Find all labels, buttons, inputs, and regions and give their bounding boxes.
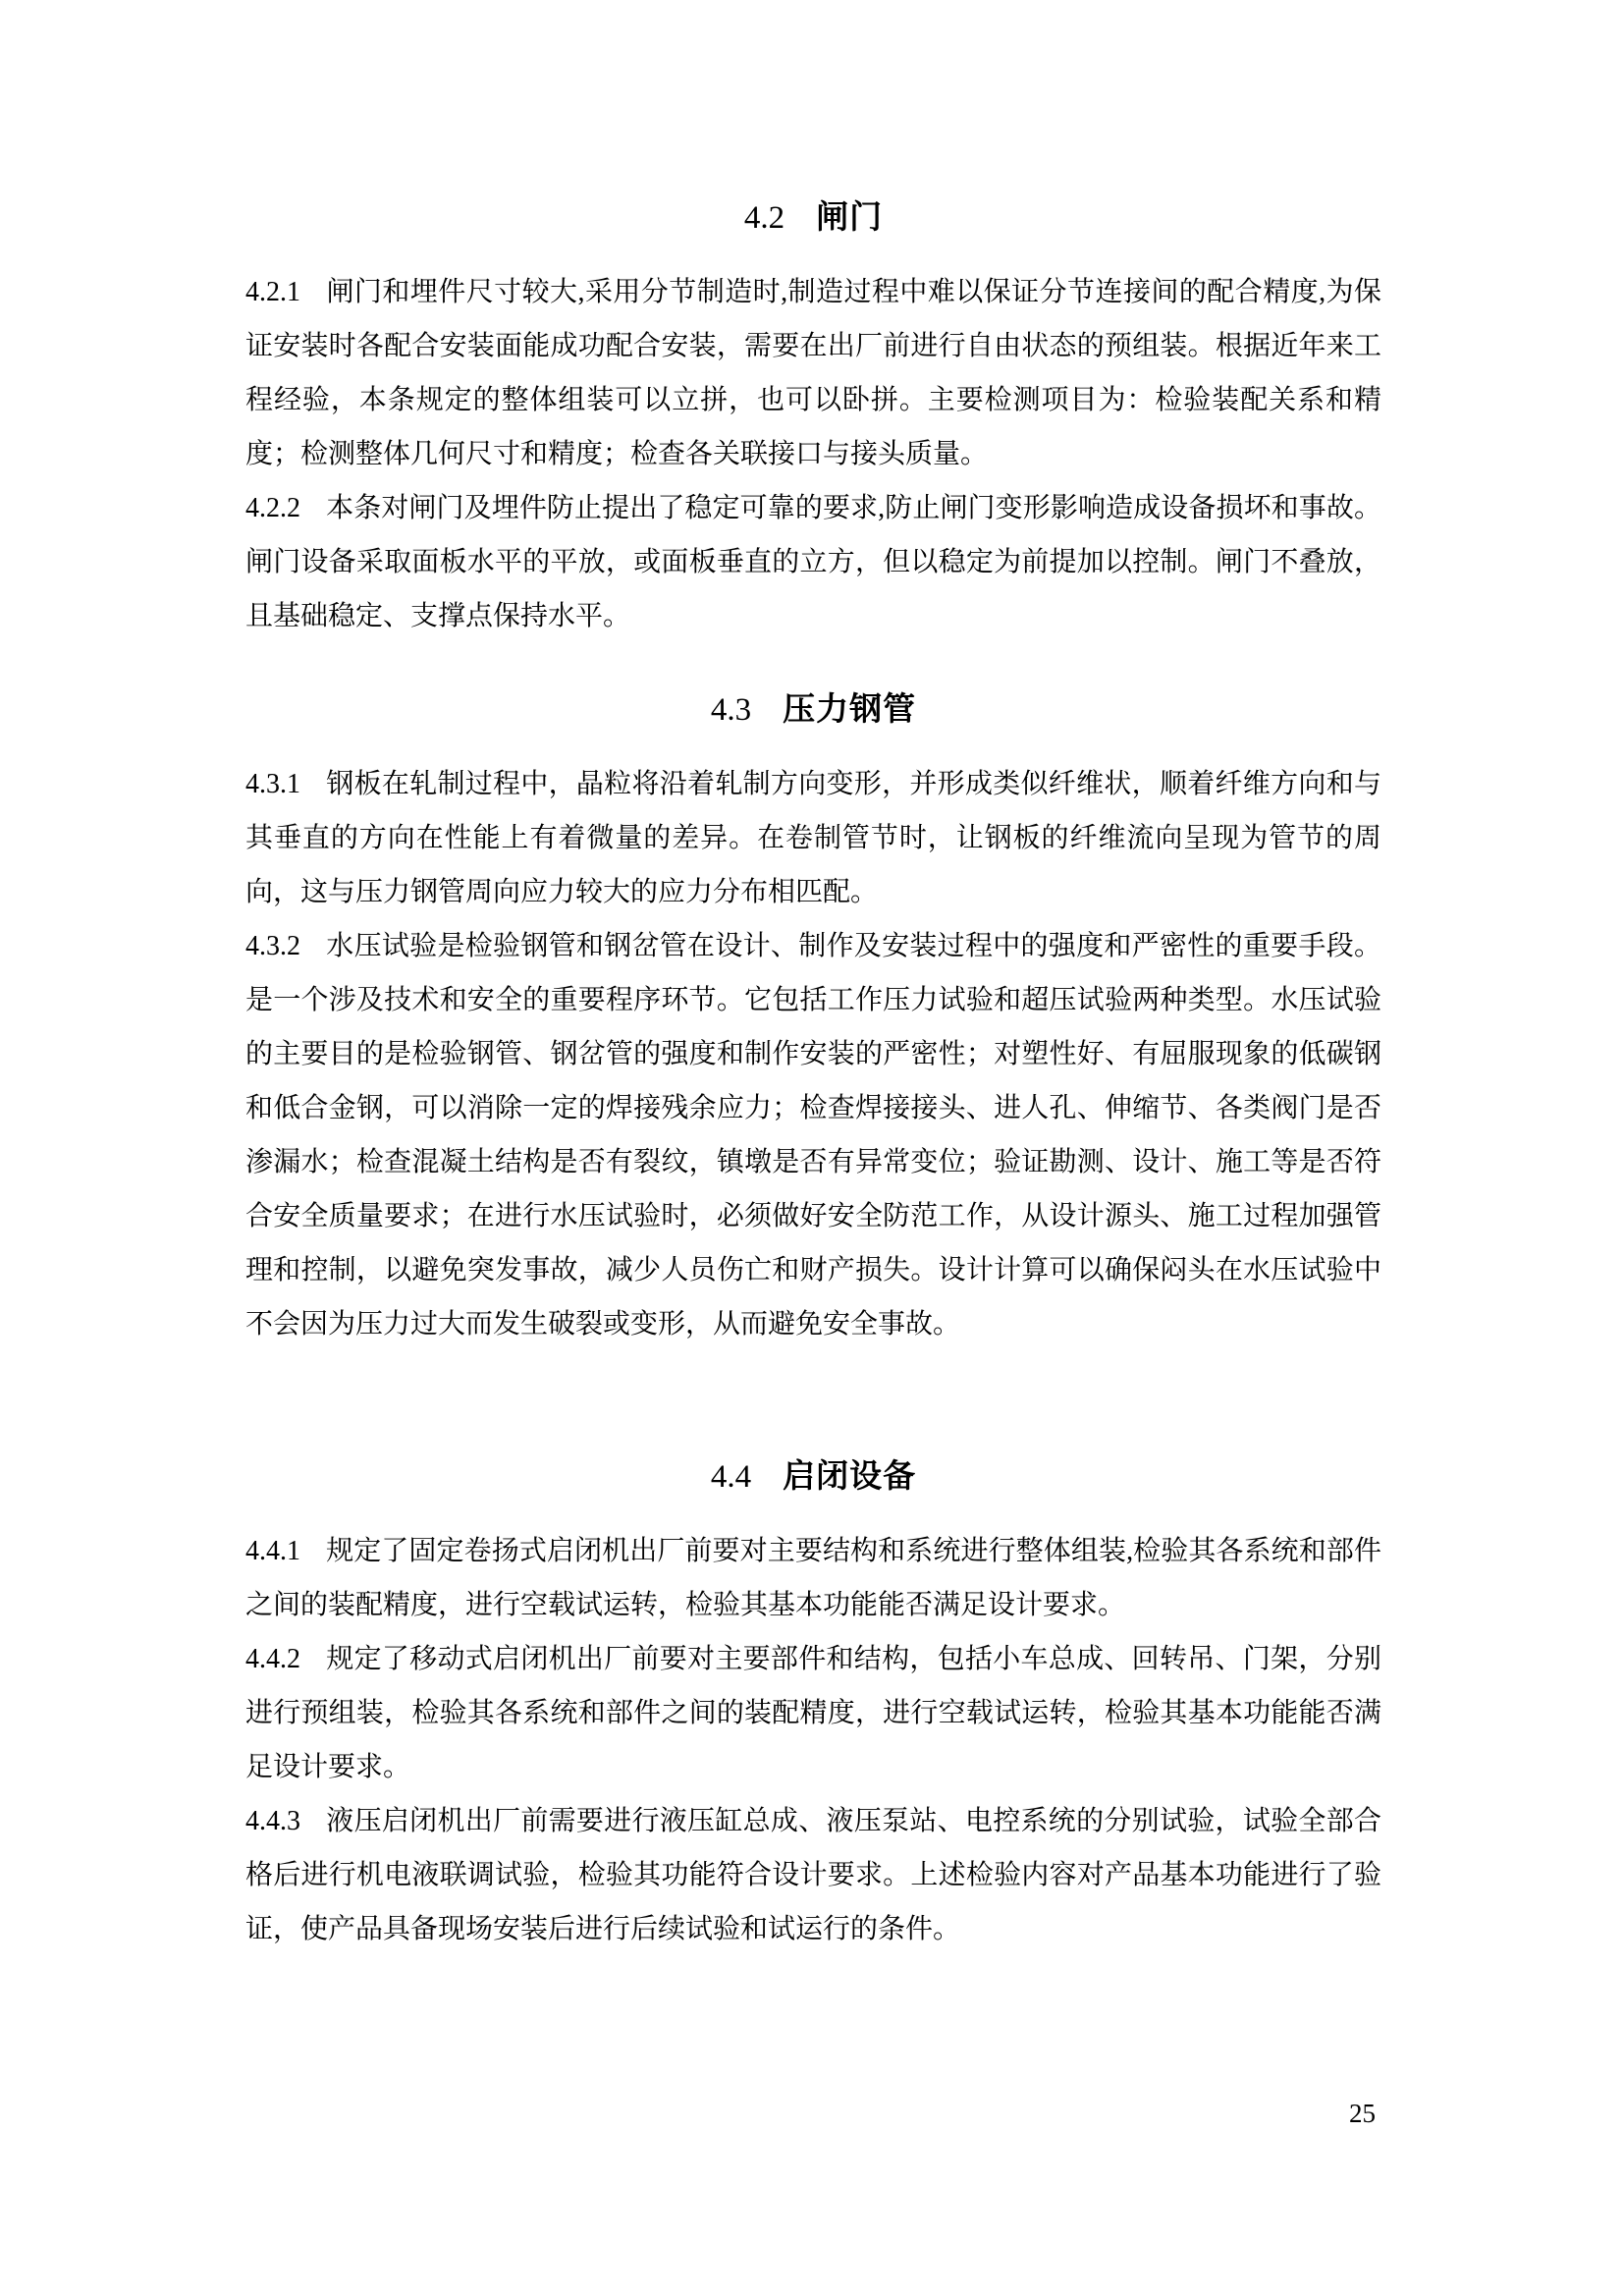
clause-4-4-1: 4.4.1规定了固定卷扬式启闭机出厂前要对主要结构和系统进行整体组装,检验其各系… <box>245 1524 1381 1632</box>
clause-4-4-1-number: 4.4.1 <box>245 1536 300 1566</box>
section-hoisting-equipment-heading: 4.4启闭设备 <box>245 1455 1381 1498</box>
clause-4-2-1-number: 4.2.1 <box>245 277 300 307</box>
clause-4-4-3-number: 4.4.3 <box>245 1806 300 1836</box>
clause-4-3-1-number: 4.3.1 <box>245 769 300 799</box>
section-hoisting-equipment-title: 启闭设备 <box>783 1457 916 1494</box>
clause-4-2-1-text: 闸门和埋件尺寸较大,采用分节制造时,制造过程中难以保证分节连接间的配合精度,为保… <box>245 277 1381 469</box>
page-number: 25 <box>1349 2098 1376 2129</box>
section-hoisting-equipment: 4.4启闭设备 4.4.1规定了固定卷扬式启闭机出厂前要对主要结构和系统进行整体… <box>245 1455 1381 1956</box>
clause-4-3-2: 4.3.2水压试验是检验钢管和钢岔管在设计、制作及安装过程中的强度和严密性的重要… <box>245 919 1381 1351</box>
clause-4-3-1: 4.3.1钢板在轧制过程中，晶粒将沿着轧制方向变形，并形成类似纤维状，顺着纤维方… <box>245 757 1381 919</box>
section-penstocks-heading: 4.3压力钢管 <box>245 688 1381 731</box>
clause-4-4-1-text: 规定了固定卷扬式启闭机出厂前要对主要结构和系统进行整体组装,检验其各系统和部件之… <box>245 1536 1381 1620</box>
clause-4-3-1-text: 钢板在轧制过程中，晶粒将沿着轧制方向变形，并形成类似纤维状，顺着纤维方向和与其垂… <box>245 769 1381 907</box>
clause-4-4-2-text: 规定了移动式启闭机出厂前要对主要部件和结构，包括小车总成、回转吊、门架，分别进行… <box>245 1644 1381 1782</box>
clause-4-4-2: 4.4.2规定了移动式启闭机出厂前要对主要部件和结构，包括小车总成、回转吊、门架… <box>245 1632 1381 1794</box>
section-penstocks-number: 4.3 <box>711 692 751 728</box>
section-hoisting-equipment-number: 4.4 <box>711 1459 751 1495</box>
section-penstocks-title: 压力钢管 <box>783 690 916 727</box>
section-gates-title: 闸门 <box>816 198 883 235</box>
clause-4-2-2-text: 本条对闸门及埋件防止提出了稳定可靠的要求,防止闸门变形影响造成设备损坏和事故。闸… <box>245 493 1381 631</box>
section-gates-number: 4.2 <box>744 200 784 236</box>
section-penstocks: 4.3压力钢管 4.3.1钢板在轧制过程中，晶粒将沿着轧制方向变形，并形成类似纤… <box>245 688 1381 1351</box>
section-gates: 4.2闸门 4.2.1闸门和埋件尺寸较大,采用分节制造时,制造过程中难以保证分节… <box>245 196 1381 643</box>
clause-4-2-2: 4.2.2本条对闸门及埋件防止提出了稳定可靠的要求,防止闸门变形影响造成设备损坏… <box>245 481 1381 643</box>
document-page: 4.2闸门 4.2.1闸门和埋件尺寸较大,采用分节制造时,制造过程中难以保证分节… <box>0 0 1623 2296</box>
clause-4-3-2-text: 水压试验是检验钢管和钢岔管在设计、制作及安装过程中的强度和严密性的重要手段。是一… <box>245 931 1381 1339</box>
clause-4-2-1: 4.2.1闸门和埋件尺寸较大,采用分节制造时,制造过程中难以保证分节连接间的配合… <box>245 265 1381 481</box>
clause-4-2-2-number: 4.2.2 <box>245 493 300 523</box>
clause-4-3-2-number: 4.3.2 <box>245 931 300 961</box>
clause-4-4-3-text: 液压启闭机出厂前需要进行液压缸总成、液压泵站、电控系统的分别试验，试验全部合格后… <box>245 1806 1381 1944</box>
clause-4-4-3: 4.4.3液压启闭机出厂前需要进行液压缸总成、液压泵站、电控系统的分别试验，试验… <box>245 1794 1381 1956</box>
clause-4-4-2-number: 4.4.2 <box>245 1644 300 1674</box>
section-gates-heading: 4.2闸门 <box>245 196 1381 239</box>
